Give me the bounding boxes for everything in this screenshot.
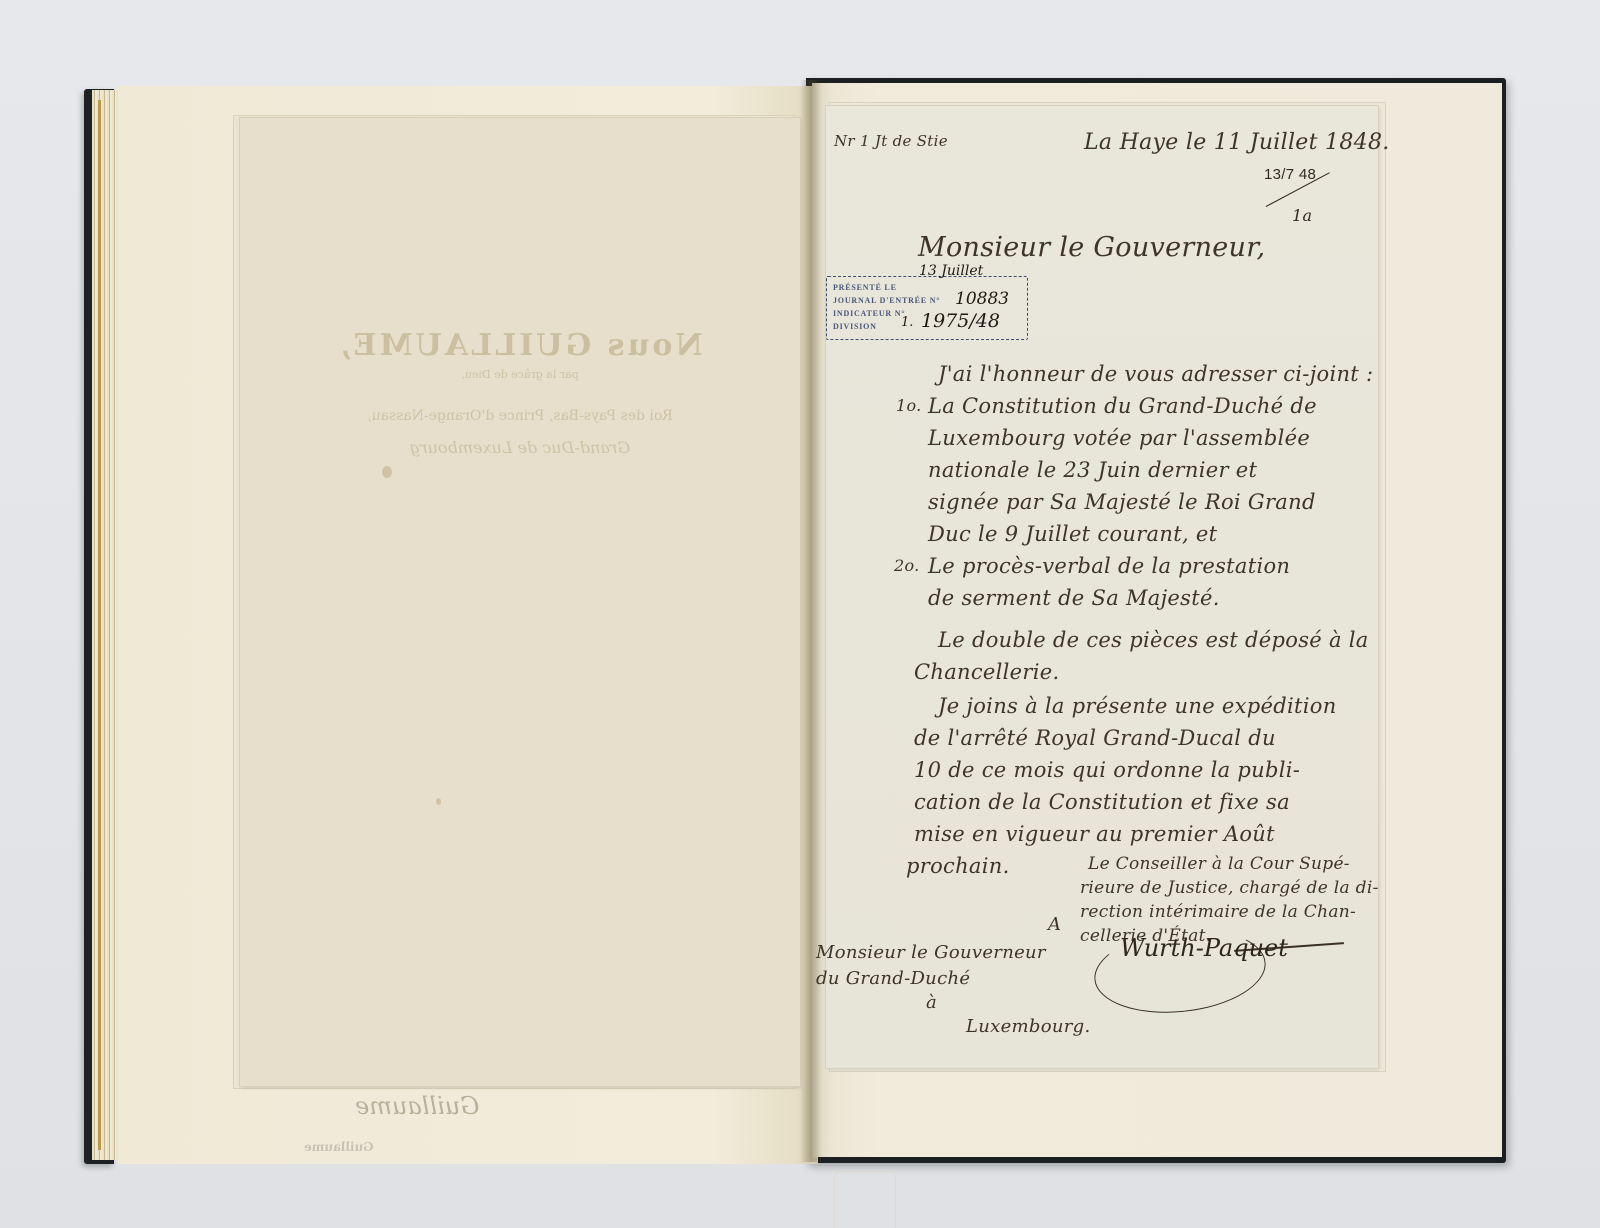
foxing-stain [382,466,392,478]
body-line: Le double de ces pièces est déposé à la [938,628,1369,652]
stamp-division: 1. [901,315,913,330]
body-line: de serment de Sa Majesté. [928,586,1220,610]
stamp-indicator-number: 1975/48 [921,310,1000,332]
body-line: cation de la Constitution et fixe sa [914,790,1290,814]
stamp-received-date: 13 Juillet [919,263,983,279]
stamp-label: PRÉSENTÉ LE [833,283,897,292]
mirrored-signature-offset: Guillaume [355,1092,479,1120]
body-line: J'ai l'honneur de vous adresser ci-joint… [938,362,1373,386]
body-line: La Constitution du Grand-Duché de [928,394,1317,418]
body-line: de l'arrêté Royal Grand-Ducal du [914,726,1276,750]
body-line: Luxembourg votée par l'assemblée [928,426,1310,450]
signature: Wurth-Paquet [1084,924,1274,1010]
reference-number: Nr 1 Jt de Stie [834,132,948,150]
stamp-journal-number: 10883 [955,289,1009,309]
stamp-label: JOURNAL D'ENTRÉE N° [833,296,940,305]
gutter [800,80,822,1162]
filing-mark-number: 1a [1292,206,1312,225]
tipped-in-sheet: Nous GUILLAUME, par la grâce de Dieu, Ro… [240,118,800,1086]
filing-mark-date: 13/7 48 [1264,166,1316,183]
addressee-prefix: A [1048,914,1061,935]
list-number: 1o. [896,396,922,415]
list-number: 2o. [894,556,920,575]
addressee-line: à [926,992,937,1013]
ghost-stamp-impression [834,1171,896,1228]
addressee-line: Luxembourg. [966,1016,1091,1037]
body-line: Le procès-verbal de la prestation [928,554,1290,578]
bleed-through-title: Nous GUILLAUME, [240,328,800,363]
registry-stamp: PRÉSENTÉ LE JOURNAL D'ENTRÉE N° INDICATE… [826,276,1028,340]
closing-line: Le Conseiller à la Cour Supé- [1088,854,1350,874]
salutation: Monsieur le Gouverneur, [918,232,1265,263]
addressee-line: du Grand-Duché [816,968,970,989]
closing-line: rection intérimaire de la Chan- [1080,902,1356,922]
body-line: Chancellerie. [914,660,1059,684]
body-line: prochain. [906,854,1010,878]
body-line: Je joins à la présente une expédition [938,694,1337,718]
stamp-label: INDICATEUR N° [833,309,905,318]
stamp-label: DIVISION [833,322,877,331]
body-line: mise en vigueur au premier Août [914,822,1275,846]
open-bound-volume: Guillaume Nous GUILLAUME, par la grâce d… [0,0,1600,1228]
signature-name: Wurth-Paquet [1120,934,1288,962]
bleed-through-line: Grand-Duc de Luxembourg [240,438,800,457]
margin-faint-text: Guillaume [304,1140,373,1154]
bleed-through-line: par la grâce de Dieu, [240,368,800,381]
closing-line: rieure de Justice, chargé de la di- [1080,878,1379,898]
gilt-edge [98,100,101,1150]
foxing-stain [436,798,441,805]
body-line: Duc le 9 Juillet courant, et [928,522,1217,546]
body-line: 10 de ce mois qui ordonne la publi- [914,758,1300,782]
handwritten-letter: Nr 1 Jt de Stie La Haye le 11 Juillet 18… [826,106,1378,1068]
addressee-line: Monsieur le Gouverneur [816,942,1046,963]
bleed-through-line: Roi des Pays-Bas, Prince d'Orange-Nassau… [240,408,800,424]
place-date: La Haye le 11 Juillet 1848. [1084,130,1390,155]
body-line: signée par Sa Majesté le Roi Grand [928,490,1316,514]
body-line: nationale le 23 Juin dernier et [928,458,1257,482]
